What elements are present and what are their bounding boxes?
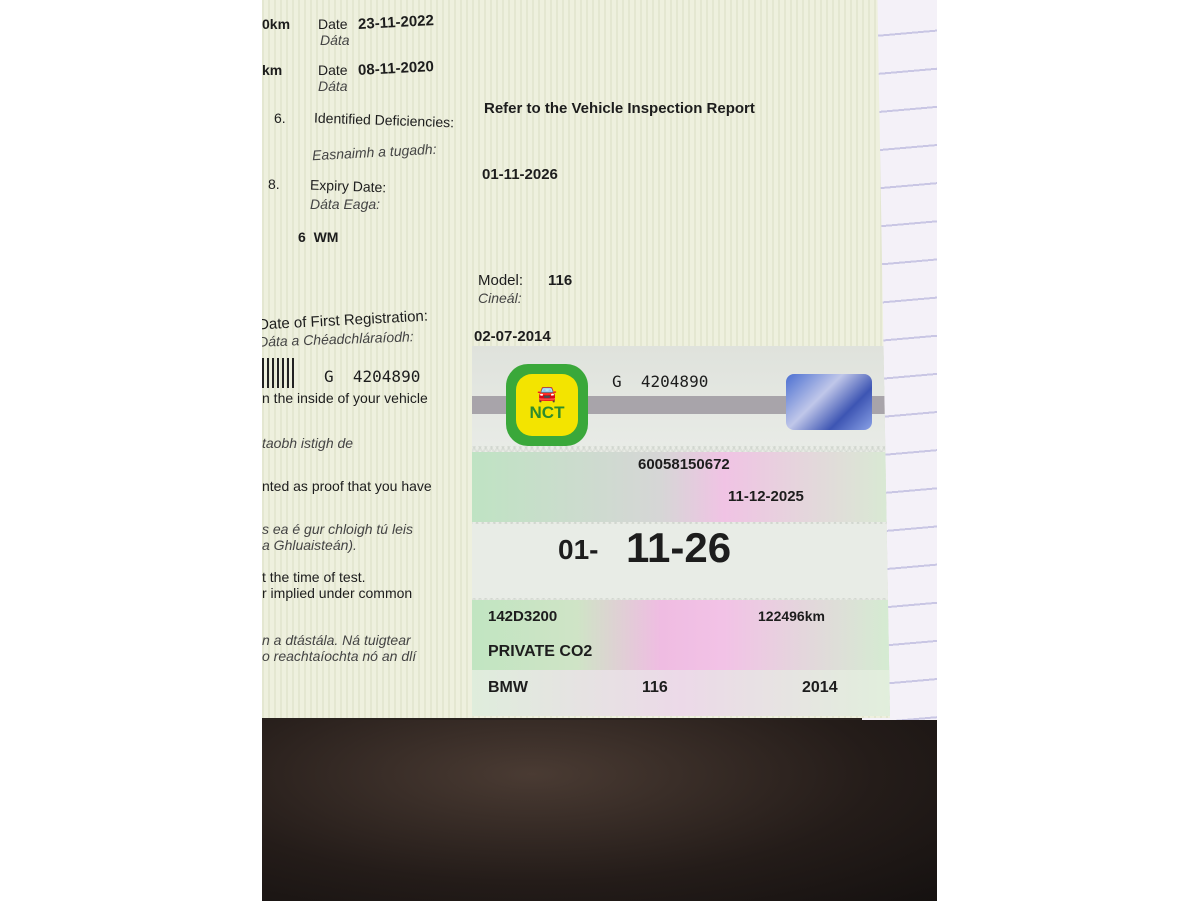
history-km-2: km [262, 62, 282, 78]
history-date-2: 08-11-2020 [358, 58, 435, 79]
item6-number: 6. [274, 110, 286, 126]
note-line-7: r implied under common [262, 585, 412, 601]
nct-disc: 🚘 NCT G 4204890 60058150672 11-12-2025 0… [472, 346, 892, 716]
item8-label-irish: Dáta Eaga: [310, 196, 380, 212]
disc-test-date: 11-12-2025 [728, 488, 804, 505]
history-km-1: 0km [262, 16, 290, 32]
car-icon: 🚘 [537, 387, 557, 403]
disc-serial: G 4204890 [612, 372, 708, 391]
disc-expiry-month-year: 11-26 [626, 524, 731, 572]
note-line-8: n a dtástála. Ná tuigtear [262, 632, 411, 648]
note-line-3: nted as proof that you have [262, 478, 432, 494]
table-surface [262, 720, 937, 901]
county-code: 6 WM [298, 229, 338, 245]
note-line-1: n the inside of your vehicle [262, 390, 428, 406]
history-date-1: 23-11-2022 [358, 12, 435, 33]
disc-registration: 142D3200 [488, 608, 557, 625]
model-label: Model: [478, 272, 523, 289]
disc-odometer: 122496km [758, 608, 825, 624]
item8-value: 01-11-2026 [482, 166, 558, 183]
barcode [262, 358, 294, 388]
photo: 0km Date 23-11-2022 Dáta km Date 08-11-2… [262, 0, 937, 901]
item8-label: Expiry Date: [310, 177, 387, 196]
disc-make: BMW [488, 679, 528, 697]
disc-category: PRIVATE CO2 [488, 643, 592, 661]
note-line-2: taobh istigh de [262, 435, 353, 451]
item6-value: Refer to the Vehicle Inspection Report [484, 100, 755, 117]
nct-logo: 🚘 NCT [506, 364, 588, 446]
history-date-label-1: Date [318, 16, 348, 32]
history-date-irish-1: Dáta [320, 32, 350, 48]
disc-year: 2014 [802, 679, 838, 697]
first-registration-value: 02-07-2014 [474, 328, 551, 345]
history-date-irish-2: Dáta [318, 78, 348, 94]
note-line-5: a Ghluaisteán). [262, 537, 357, 553]
hologram [786, 374, 872, 430]
serial-left: G 4204890 [324, 367, 420, 386]
item6-label-irish: Easnaimh a tugadh: [312, 141, 437, 163]
note-line-6: t the time of test. [262, 569, 366, 585]
model-value: 116 [548, 272, 572, 289]
item8-number: 8. [268, 176, 280, 192]
disc-test-number: 60058150672 [638, 456, 730, 473]
model-label-irish: Cineál: [478, 290, 522, 306]
nct-logo-text: NCT [530, 403, 565, 423]
disc-expiry-day: 01- [558, 534, 598, 566]
disc-model: 116 [642, 679, 668, 697]
note-line-4: s ea é gur chloigh tú leis [262, 521, 413, 537]
item6-label: Identified Deficiencies: [314, 110, 455, 131]
nct-certificate: 0km Date 23-11-2022 Dáta km Date 08-11-2… [262, 0, 890, 718]
note-line-9: o reachtaíochta nó an dlí [262, 648, 416, 664]
history-date-label-2: Date [318, 62, 348, 78]
